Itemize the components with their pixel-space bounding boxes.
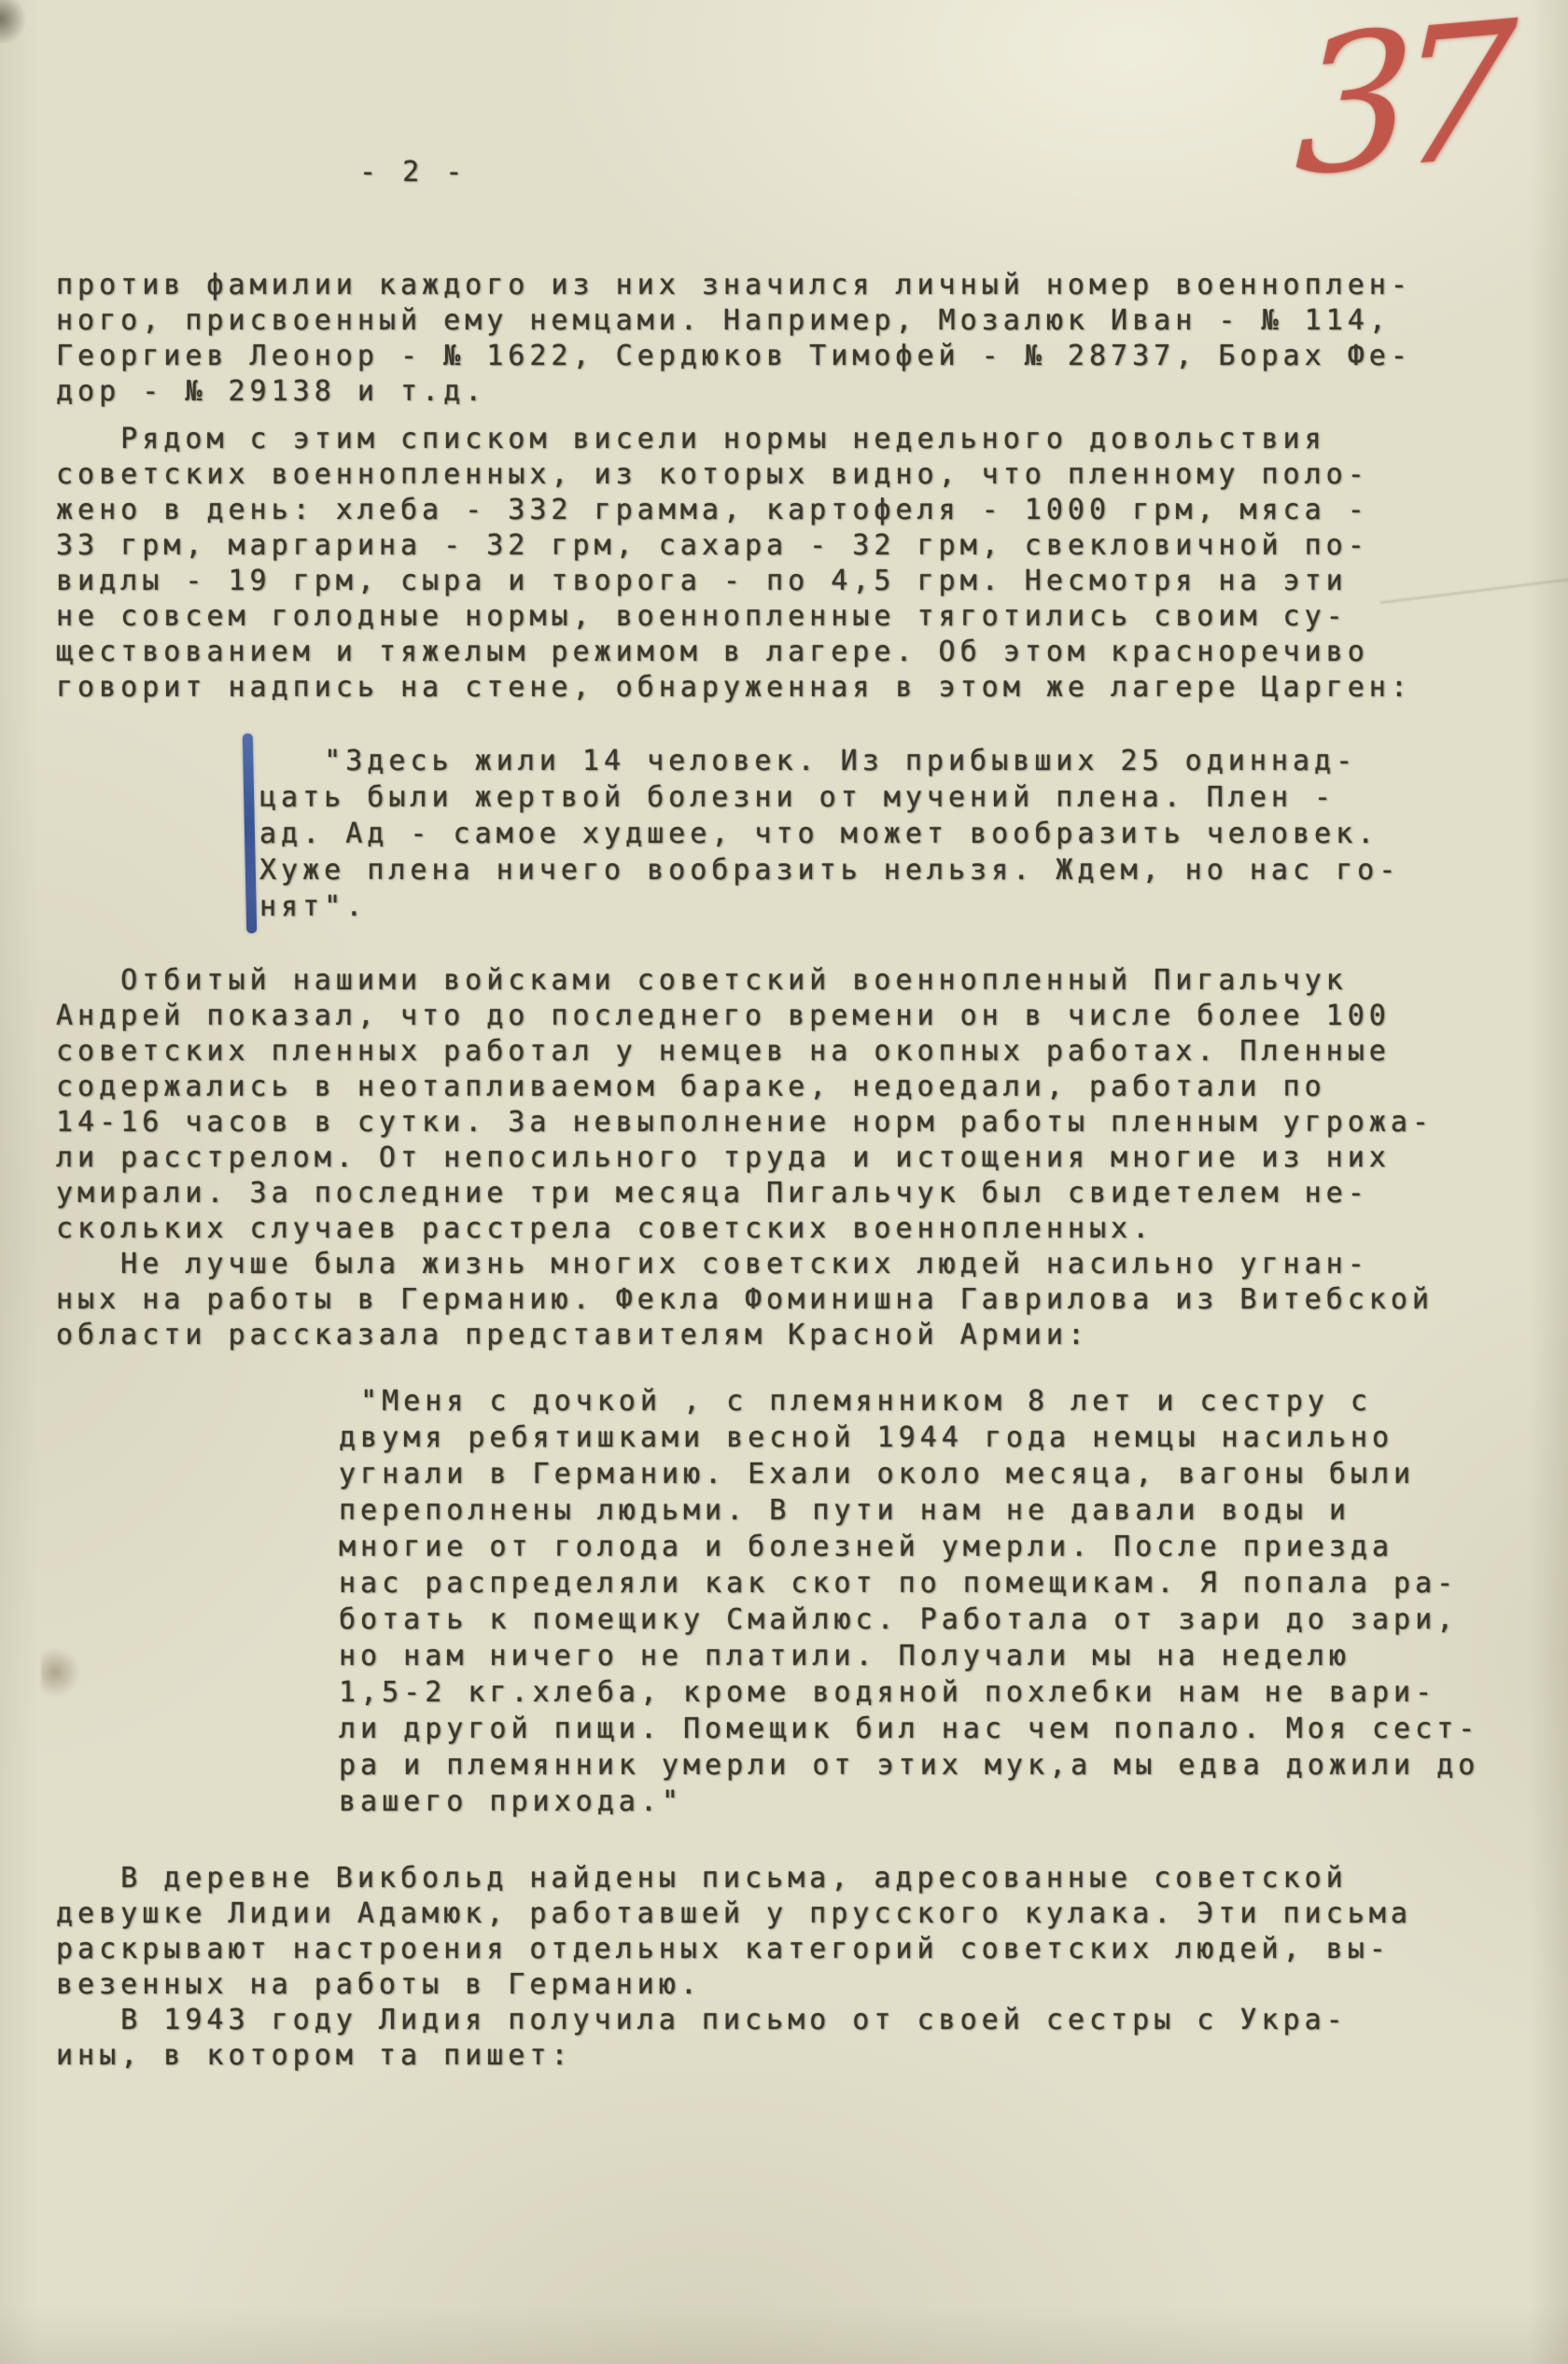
paragraph-pigalchuk-and-gavrilova: Отбитый нашими войсками советский военно…	[56, 963, 1434, 1353]
paragraph-weekly-rations: Рядом с этим списком висели нормы недель…	[56, 422, 1412, 706]
handwritten-page-number: 37	[1293, 0, 1503, 203]
quote-gavrilova-testimony: "Меня с дочкой , с племянником 8 лет и с…	[339, 1383, 1479, 1820]
quote-wall-inscription: "Здесь жили 14 человек. Из прибывших 25 …	[259, 743, 1400, 925]
blue-ink-margin-mark	[243, 734, 257, 933]
scanned-document-page: 37 - 2 - против фамилии каждого из них з…	[0, 0, 1568, 2364]
paragraph-pow-numbers: против фамилии каждого из них значился л…	[56, 268, 1412, 410]
page-number: - 2 -	[359, 155, 467, 190]
paragraph-letters-vikbold: В деревне Викбольд найдены письма, адрес…	[56, 1861, 1412, 2074]
paper-stain	[41, 1648, 82, 1697]
paper-smudge-top-left	[0, 0, 28, 43]
